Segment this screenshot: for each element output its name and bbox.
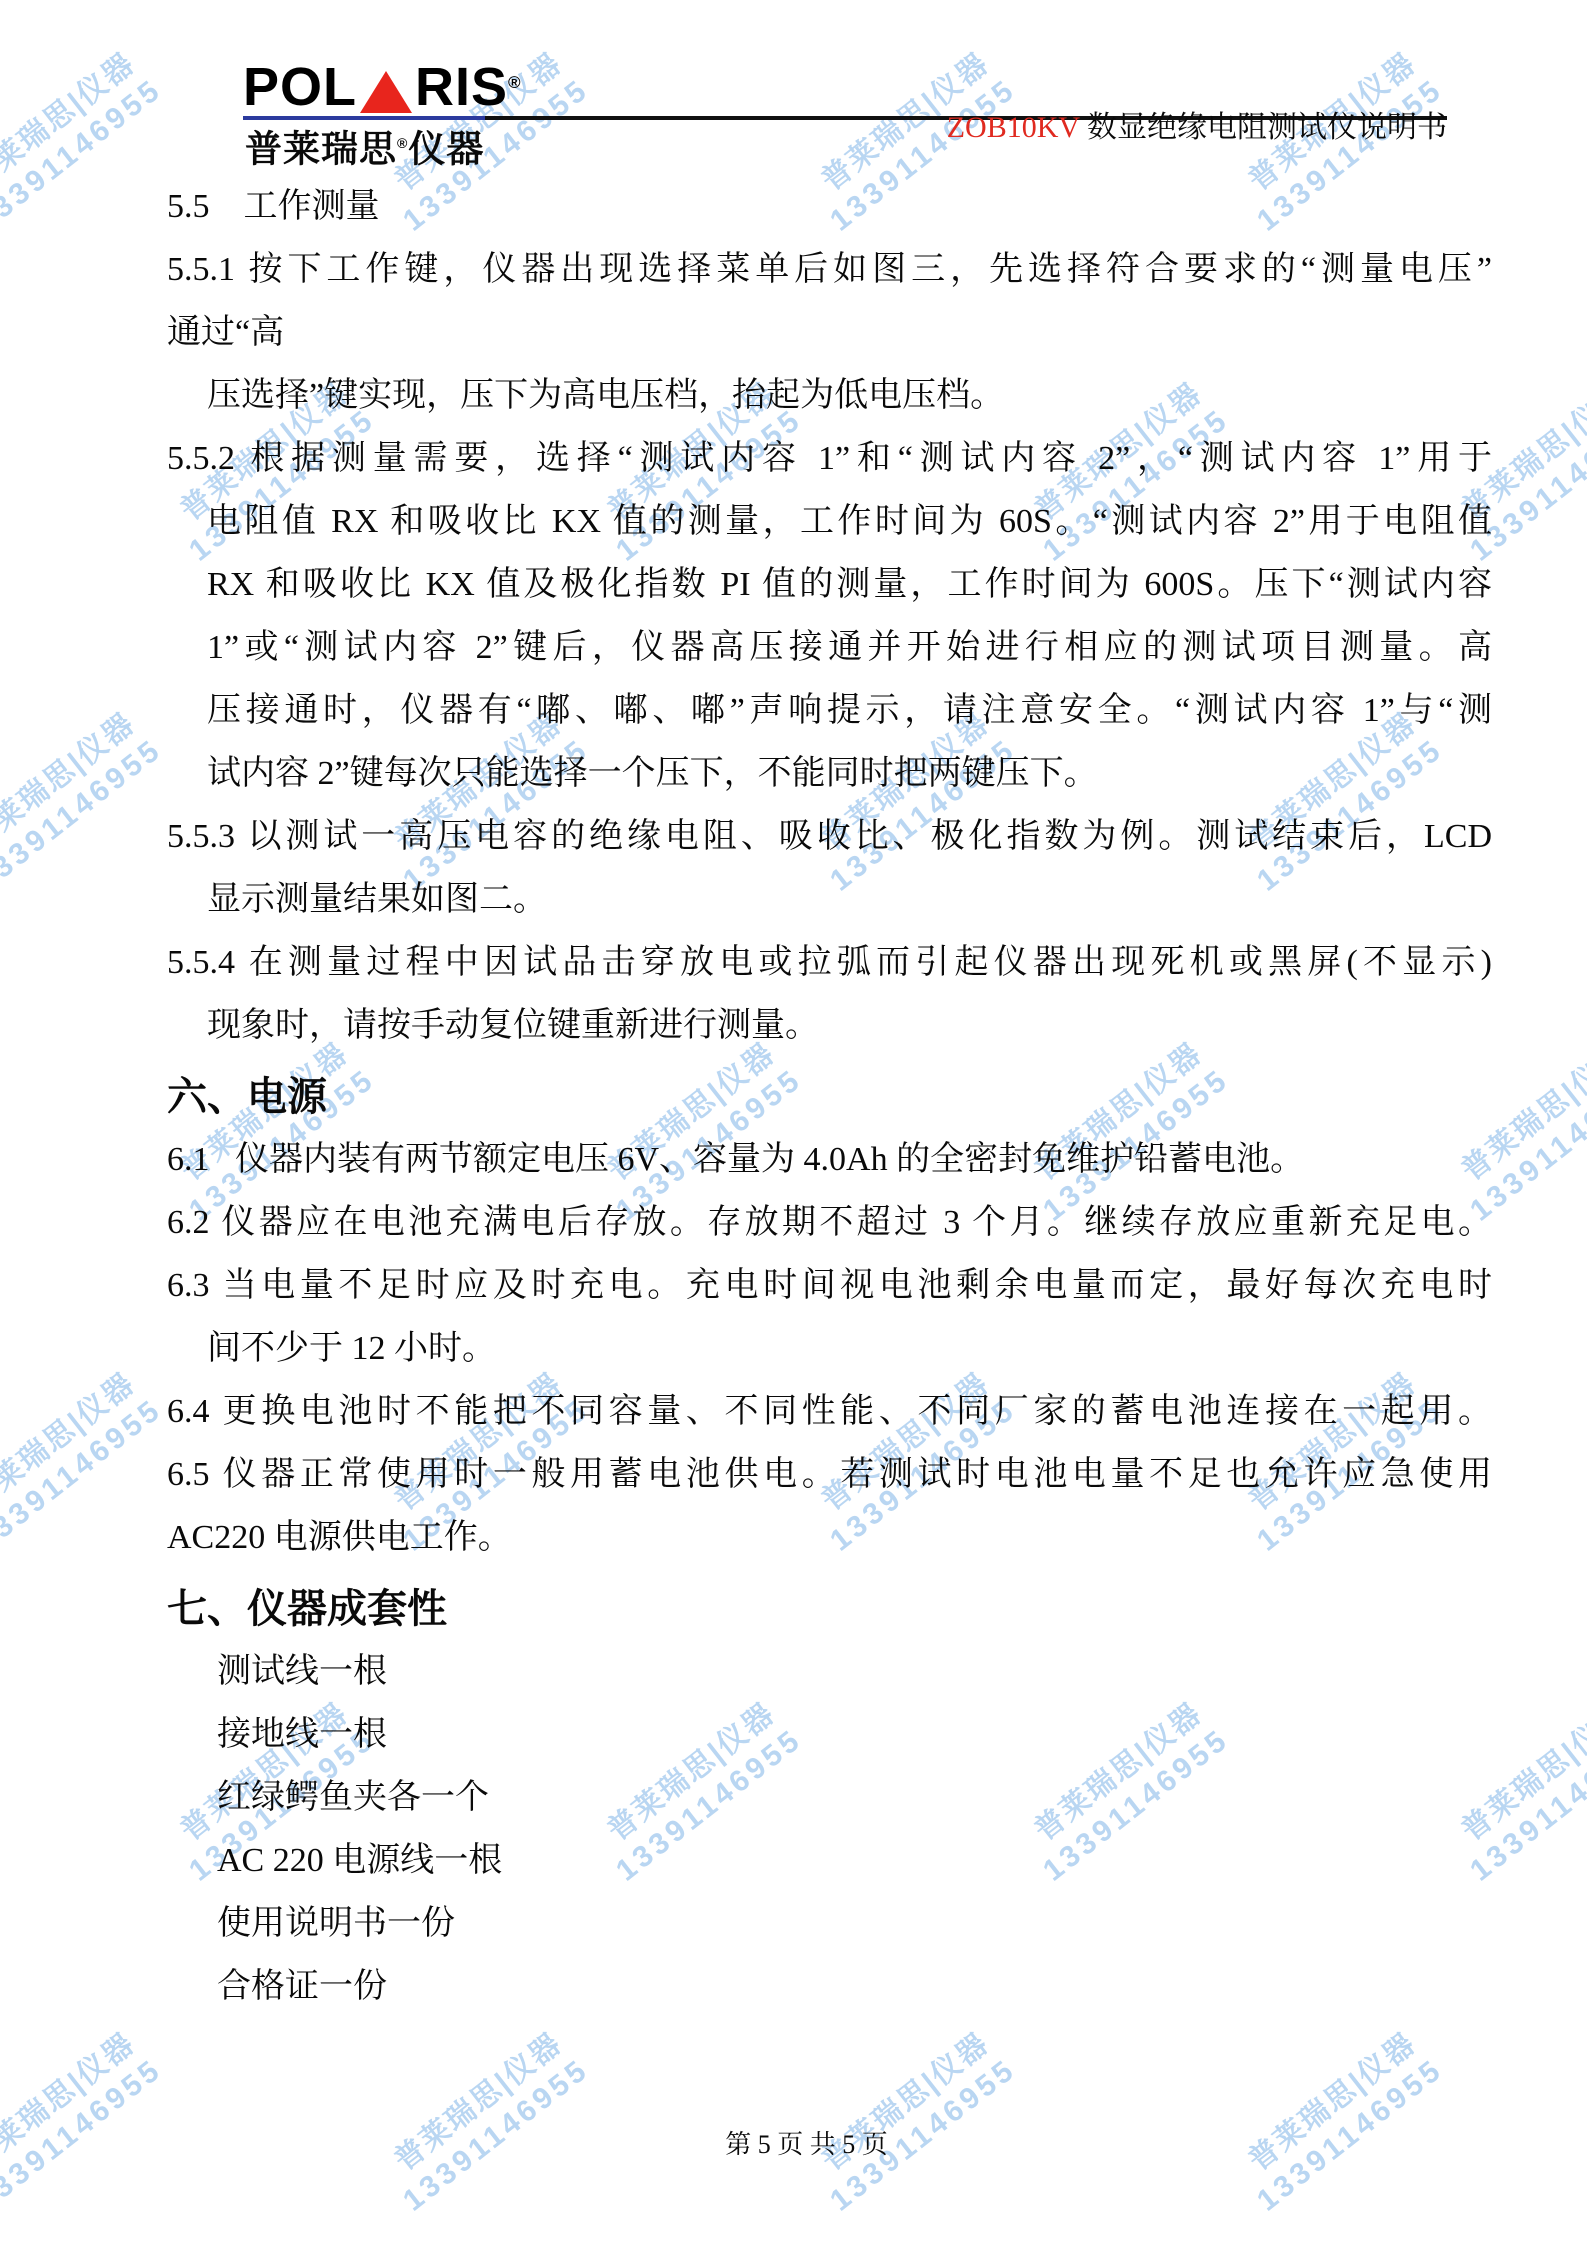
text-line: 通过“高 [167, 301, 1492, 364]
logo-triangle-icon [360, 71, 412, 113]
document-page: 普莱瑞思|仪器13391146955普莱瑞思|仪器13391146955普莱瑞思… [0, 0, 1587, 2245]
section-heading: 七、仪器成套性 [167, 1577, 1492, 1640]
list-item: AC 220 电源线一根 [167, 1829, 1492, 1892]
document-body: 5.5 工作测量 5.5.1 按下工作键，仪器出现选择菜单后如图三，先选择符合要… [167, 175, 1492, 2018]
text-line: 现象时，请按手动复位键重新进行测量。 [167, 994, 1492, 1057]
text-line: AC220 电源供电工作。 [167, 1506, 1492, 1569]
list-item: 红绿鳄鱼夹各一个 [167, 1766, 1492, 1829]
text-line: 5.5.1 按下工作键，仪器出现选择菜单后如图三，先选择符合要求的“测量电压” [167, 238, 1492, 301]
doc-title-model: ZOB10KV [947, 111, 1080, 144]
registered-trademark-icon: ® [508, 56, 522, 110]
logo-subtitle-name: 普莱瑞思 [245, 128, 397, 169]
logo-subtitle: 普莱瑞思®仪器 [245, 122, 484, 170]
text-line: 5.5.3 以测试一高压电容的绝缘电阻、吸收比、极化指数为例。测试结束后，LCD [167, 805, 1492, 868]
brand-logo: POLRIS® [243, 60, 522, 114]
list-item: 接地线一根 [167, 1703, 1492, 1766]
text-line: 电阻值 RX 和吸收比 KX 值的测量，工作时间为 60S。“测试内容 2”用于… [167, 490, 1492, 553]
logo-text-left: POL [243, 60, 357, 114]
list-item: 测试线一根 [167, 1640, 1492, 1703]
text-line: 6.1 仪器内装有两节额定电压 6V、容量为 4.0Ah 的全密封免维护铅蓄电池… [167, 1128, 1492, 1191]
text-line: 6.3 当电量不足时应及时充电。充电时间视电池剩余电量而定，最好每次充电时 [167, 1254, 1492, 1317]
text-line: 显示测量结果如图二。 [167, 868, 1492, 931]
text-line: 6.2 仪器应在电池充满电后存放。存放期不超过 3 个月。继续存放应重新充足电。 [167, 1191, 1492, 1254]
registered-trademark-icon: ® [397, 135, 408, 151]
logo-underline [243, 116, 485, 120]
page-header: POLRIS® 普莱瑞思®仪器 ZOB10KV 数显绝缘电阻测试仪说明书 [0, 0, 1587, 175]
text-line: 间不少于 12 小时。 [167, 1317, 1492, 1380]
logo-wordmark: POLRIS® [243, 60, 522, 114]
section-heading: 六、电源 [167, 1065, 1492, 1128]
logo-subtitle-suffix: 仪器 [408, 128, 484, 169]
page-number: 第 5 页 共 5 页 [725, 2130, 888, 2159]
text-line: 6.4 更换电池时不能把不同容量、不同性能、不同厂家的蓄电池连接在一起用。 [167, 1380, 1492, 1443]
text-line: RX 和吸收比 KX 值及极化指数 PI 值的测量，工作时间为 600S。压下“… [167, 553, 1492, 616]
text-line: 压选择”键实现，压下为高电压档，抬起为低电压档。 [167, 364, 1492, 427]
text-line: 5.5.4 在测量过程中因试品击穿放电或拉弧而引起仪器出现死机或黑屏(不显示) [167, 931, 1492, 994]
list-item: 合格证一份 [167, 1955, 1492, 2018]
page-footer: 第 5 页 共 5 页 [0, 2070, 1587, 2220]
text-line: 1”或“测试内容 2”键后，仪器高压接通并开始进行相应的测试项目测量。高 [167, 616, 1492, 679]
watermark-tile: 普莱瑞思|仪器13391146955 [0, 1350, 190, 1560]
doc-title-text: 数显绝缘电阻测试仪说明书 [1080, 111, 1448, 144]
list-item: 使用说明书一份 [167, 1892, 1492, 1955]
text-line: 压接通时，仪器有“嘟、嘟、嘟”声响提示，请注意安全。“测试内容 1”与“测 [167, 679, 1492, 742]
logo-text-right: RIS [415, 60, 508, 114]
watermark-tile: 普莱瑞思|仪器13391146955 [0, 690, 190, 900]
text-line: 试内容 2”键每次只能选择一个压下，不能同时把两键压下。 [167, 742, 1492, 805]
text-line: 6.5 仪器正常使用时一般用蓄电池供电。若测试时电池电量不足也允许应急使用 [167, 1443, 1492, 1506]
text-line: 5.5.2 根据测量需要，选择“测试内容 1”和“测试内容 2”，“测试内容 1… [167, 427, 1492, 490]
doc-title: ZOB10KV 数显绝缘电阻测试仪说明书 [902, 68, 1447, 188]
